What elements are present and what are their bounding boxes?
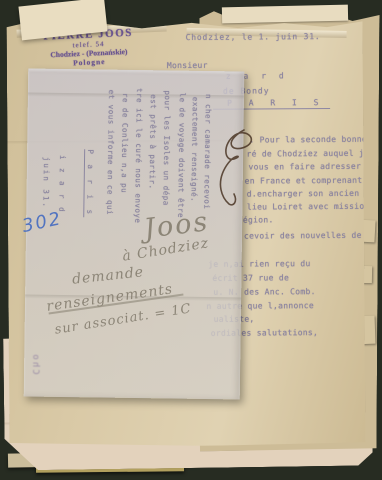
flimsy-body-line: tre ici le curé nous envoye (133, 88, 144, 224)
torn-edge-strip (222, 5, 348, 24)
letter-body-line: vous en faire adresser (249, 162, 362, 172)
flimsy-dateline: juin 31. (41, 157, 51, 209)
salutation: Monsieur (167, 61, 208, 70)
letter-body-line: ré de Chodziez auquel je (246, 149, 369, 159)
letter-body-line: égion. (243, 215, 274, 224)
carbon-copy-flimsy: juin 31. i z a r d P a r i s et vous inf… (24, 69, 245, 400)
flimsy-body-line: et vous informe en ce qui (105, 90, 116, 216)
flimsy-address-paris: P a r i s (83, 149, 95, 217)
flimsy-body-line: pour les Isoles un dépa (161, 90, 172, 205)
letter-body-line: en France et comprenant (245, 176, 363, 186)
signature-flourish (204, 122, 260, 210)
flimsy-body-line: re de Conlieu n,a pu (120, 93, 130, 193)
flimsy-body-line: exactement renseigné. (189, 97, 199, 202)
flimsy-address-line: i z a r d (57, 155, 67, 214)
letter-body-line: . Pour la seconde bonne (249, 135, 367, 145)
letter-body-line: cevoir des nouvelles de ce (244, 231, 377, 241)
letter-body-line: lieu Loiret avec mission (247, 202, 370, 212)
flimsy-body-line: le de voyage doivent être (176, 93, 187, 219)
ink-bleedthrough: Cho (30, 352, 40, 374)
archival-document-scan: PIERRE JOOS telef. 54 Chodziez - (Poznań… (0, 0, 382, 480)
dateline: Chodziez, le 1. juin 31. (186, 32, 321, 42)
letter-body-line: d.encharger son ancien (247, 189, 360, 199)
flimsy-body-line: est prêts à partir. (148, 94, 158, 189)
